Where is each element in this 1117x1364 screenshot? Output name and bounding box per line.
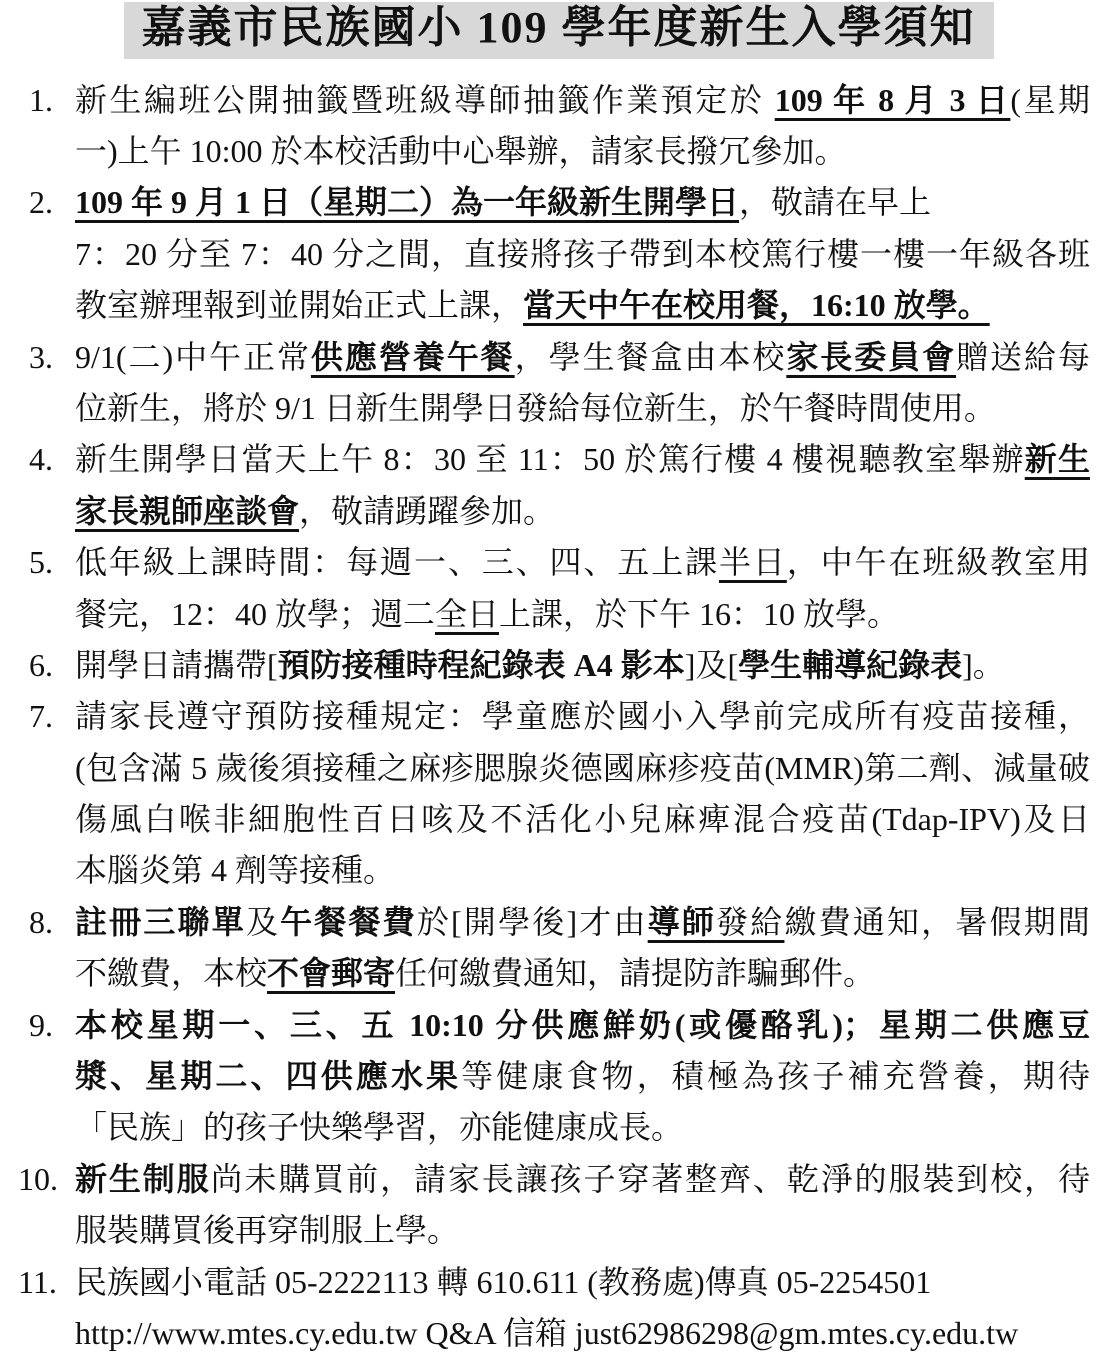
item-number: 3. [29,332,53,383]
text-segment: 一)上午 10:00 於本校活動中心舉辦，請家長撥冗參加。 [75,133,847,169]
item-line: 5.低年級上課時間：每週一、三、四、五上課半日，中午在班級教室用 [75,537,1090,588]
text-segment: (包含滿 5 歲後須接種之麻疹腮腺炎德國麻疹疫苗(MMR)第二劑、減量破 [75,750,1090,786]
item-line: 9.本校星期一、三、五 10:10 分供應鮮奶(或優酪乳)；星期二供應豆 [75,1000,1090,1051]
item-line: 8.註冊三聯單及午餐餐費於[開學後]才由導師發給繳費通知，暑假期間 [75,897,1090,948]
item-line: (包含滿 5 歲後須接種之麻疹腮腺炎德國麻疹疫苗(MMR)第二劑、減量破 [75,743,1090,794]
item-line: 11.民族國小電話 05-2222113 轉 610.611 (教務處)傳真 0… [75,1257,1090,1308]
title-row: 嘉義市民族國小 109 學年度新生入學須知 [0,0,1117,59]
text-segment: 「民族」的孩子快樂學習，亦能健康成長。 [75,1109,683,1145]
text-segment: 上課，於下午 16：10 放學。 [499,596,899,632]
item-line: 7.請家長遵守預防接種規定：學童應於國小入學前完成所有疫苗接種， [75,691,1090,742]
text-segment: 繳費通知，暑假期間 [784,904,1090,940]
text-segment: ]。 [962,647,1005,683]
text-segment: 預防接種時程紀錄表 A4 影本 [278,647,685,683]
text-segment: 發給 [716,904,784,940]
item-line: 本腦炎第 4 劑等接種。 [75,845,1090,896]
item-number: 2. [29,177,53,228]
notice-item: 11.民族國小電話 05-2222113 轉 610.611 (教務處)傳真 0… [75,1257,1090,1360]
text-segment: 不繳費，本校 [75,955,267,991]
text-segment: 餐完，12：40 放學；週二 [75,596,435,632]
text-segment: 低年級上課時間：每週一、三、四、五上課 [75,544,719,580]
text-segment: ]及[ [685,647,738,683]
text-segment: 教室辦理報到並開始正式上課， [75,287,523,323]
text-segment: 請家長遵守預防接種規定：學童應於國小入學前完成所有疫苗接種， [75,698,1090,734]
item-line: 1.新生編班公開抽籤暨班級導師抽籤作業預定於 109 年 8 月 3 日(星期 [75,75,1090,126]
item-line: 服裝購買後再穿制服上學。 [75,1205,1090,1256]
text-segment: 家長委員會 [786,339,956,375]
text-segment: 尚未購買前，請家長讓孩子穿著整齊、乾淨的服裝到校，待 [211,1161,1090,1197]
notice-item: 10.新生制服尚未購買前，請家長讓孩子穿著整齊、乾淨的服裝到校，待服裝購買後再穿… [75,1154,1090,1257]
text-segment: 註冊三聯單 [75,904,246,940]
text-segment: 109 年 9 月 1 日（星期二）為一年級新生開學日 [75,184,739,220]
text-segment: http://www.mtes.cy.edu.tw Q&A 信箱 just629… [75,1315,1018,1351]
text-segment: (星期 [1010,82,1090,118]
item-line: 不繳費，本校不會郵寄任何繳費通知，請提防詐騙郵件。 [75,948,1090,999]
text-segment: 家長親師座談會 [75,493,299,529]
notice-list: 1.新生編班公開抽籤暨班級導師抽籤作業預定於 109 年 8 月 3 日(星期一… [75,75,1090,1360]
item-line: 位新生，將於 9/1 日新生開學日發給每位新生，於午餐時間使用。 [75,383,1090,434]
item-number: 5. [29,537,53,588]
item-number: 11. [18,1257,57,1308]
text-segment: 新生開學日當天上午 8：30 至 11：50 於篤行樓 4 樓視聽教室舉辦 [75,441,1025,477]
item-number: 1. [29,75,53,126]
notice-item: 9.本校星期一、三、五 10:10 分供應鮮奶(或優酪乳)；星期二供應豆漿、星期… [75,1000,1090,1154]
text-segment: 新生 [1025,441,1090,477]
text-segment: 當天中午在校用餐，16:10 放學。 [523,287,990,323]
text-segment: 贈送給每 [956,339,1090,375]
item-line: 一)上午 10:00 於本校活動中心舉辦，請家長撥冗參加。 [75,126,1090,177]
item-number: 10. [18,1154,58,1205]
text-segment: 供應營養午餐 [311,339,515,375]
text-segment: 不會郵寄 [267,955,395,991]
item-number: 9. [29,1000,53,1051]
text-segment: 傷風白喉非細胞性百日咳及不活化小兒麻痺混合疫苗(Tdap-IPV)及日 [75,801,1090,837]
item-line: 教室辦理報到並開始正式上課，當天中午在校用餐，16:10 放學。 [75,280,1090,331]
text-segment: 民族國小電話 05-2222113 轉 610.611 (教務處)傳真 05-2… [75,1264,931,1300]
item-line: 3.9/1(二)中午正常供應營養午餐，學生餐盒由本校家長委員會贈送給每 [75,332,1090,383]
page-title: 嘉義市民族國小 109 學年度新生入學須知 [124,2,994,59]
text-segment: 全日 [435,596,499,632]
document-page: 嘉義市民族國小 109 學年度新生入學須知 1.新生編班公開抽籤暨班級導師抽籤作… [0,0,1117,1359]
text-segment: 及 [246,904,280,940]
item-line: 4.新生開學日當天上午 8：30 至 11：50 於篤行樓 4 樓視聽教室舉辦新… [75,434,1090,485]
text-segment: 新生制服 [75,1161,211,1197]
text-segment: 半日 [719,544,787,580]
item-line: 傷風白喉非細胞性百日咳及不活化小兒麻痺混合疫苗(Tdap-IPV)及日 [75,794,1090,845]
text-segment: ，學生餐盒由本校 [515,339,787,375]
item-line: 餐完，12：40 放學；週二全日上課，於下午 16：10 放學。 [75,589,1090,640]
text-segment: 漿、星期二、四供應水果 [75,1058,461,1094]
notice-item: 3.9/1(二)中午正常供應營養午餐，學生餐盒由本校家長委員會贈送給每位新生，將… [75,332,1090,435]
text-segment: 導師 [648,904,716,940]
text-segment: 本校星期一、三、五 10:10 分供應鮮奶(或優酪乳)；星期二供應豆 [75,1007,1090,1043]
text-segment: 開學日請攜帶[ [75,647,278,683]
text-segment: 新生編班公開抽籤暨班級導師抽籤作業預定於 [75,82,775,118]
text-segment: 9/1(二)中午正常 [75,339,311,375]
text-segment: 109 年 8 月 3 日 [775,82,1011,118]
text-segment: ，敬請在早上 [739,184,931,220]
item-line: 6.開學日請攜帶[預防接種時程紀錄表 A4 影本]及[學生輔導紀錄表]。 [75,640,1090,691]
text-segment: 於[開學後]才由 [417,904,648,940]
item-number: 6. [29,640,53,691]
text-segment: 位新生，將於 9/1 日新生開學日發給每位新生，於午餐時間使用。 [75,390,996,426]
notice-item: 2.109 年 9 月 1 日（星期二）為一年級新生開學日，敬請在早上7：20 … [75,177,1090,331]
text-segment: 本腦炎第 4 劑等接種。 [75,852,395,888]
item-line: 漿、星期二、四供應水果等健康食物，積極為孩子補充營養，期待 [75,1051,1090,1102]
text-segment: 午餐餐費 [280,904,417,940]
text-segment: ，中午在班級教室用 [787,544,1090,580]
notice-item: 6.開學日請攜帶[預防接種時程紀錄表 A4 影本]及[學生輔導紀錄表]。 [75,640,1090,691]
text-segment: ，敬請踴躍參加。 [299,493,555,529]
notice-item: 8.註冊三聯單及午餐餐費於[開學後]才由導師發給繳費通知，暑假期間不繳費，本校不… [75,897,1090,1000]
item-number: 4. [29,434,53,485]
notice-item: 5.低年級上課時間：每週一、三、四、五上課半日，中午在班級教室用餐完，12：40… [75,537,1090,640]
item-line: 「民族」的孩子快樂學習，亦能健康成長。 [75,1102,1090,1153]
item-line: 家長親師座談會，敬請踴躍參加。 [75,486,1090,537]
item-number: 8. [29,897,53,948]
notice-item: 1.新生編班公開抽籤暨班級導師抽籤作業預定於 109 年 8 月 3 日(星期一… [75,75,1090,178]
text-segment: 7：20 分至 7：40 分之間，直接將孩子帶到本校篤行樓一樓一年級各班 [75,236,1090,272]
text-segment: 任何繳費通知，請提防詐騙郵件。 [395,955,875,991]
item-number: 7. [29,691,53,742]
text-segment: 學生輔導紀錄表 [738,647,962,683]
text-segment: 等健康食物，積極為孩子補充營養，期待 [461,1058,1090,1094]
item-line: http://www.mtes.cy.edu.tw Q&A 信箱 just629… [75,1308,1090,1359]
text-segment: 服裝購買後再穿制服上學。 [75,1212,459,1248]
item-line: 10.新生制服尚未購買前，請家長讓孩子穿著整齊、乾淨的服裝到校，待 [75,1154,1090,1205]
notice-item: 7.請家長遵守預防接種規定：學童應於國小入學前完成所有疫苗接種，(包含滿 5 歲… [75,691,1090,897]
item-line: 2.109 年 9 月 1 日（星期二）為一年級新生開學日，敬請在早上 [75,177,1090,228]
notice-item: 4.新生開學日當天上午 8：30 至 11：50 於篤行樓 4 樓視聽教室舉辦新… [75,434,1090,537]
item-line: 7：20 分至 7：40 分之間，直接將孩子帶到本校篤行樓一樓一年級各班 [75,229,1090,280]
